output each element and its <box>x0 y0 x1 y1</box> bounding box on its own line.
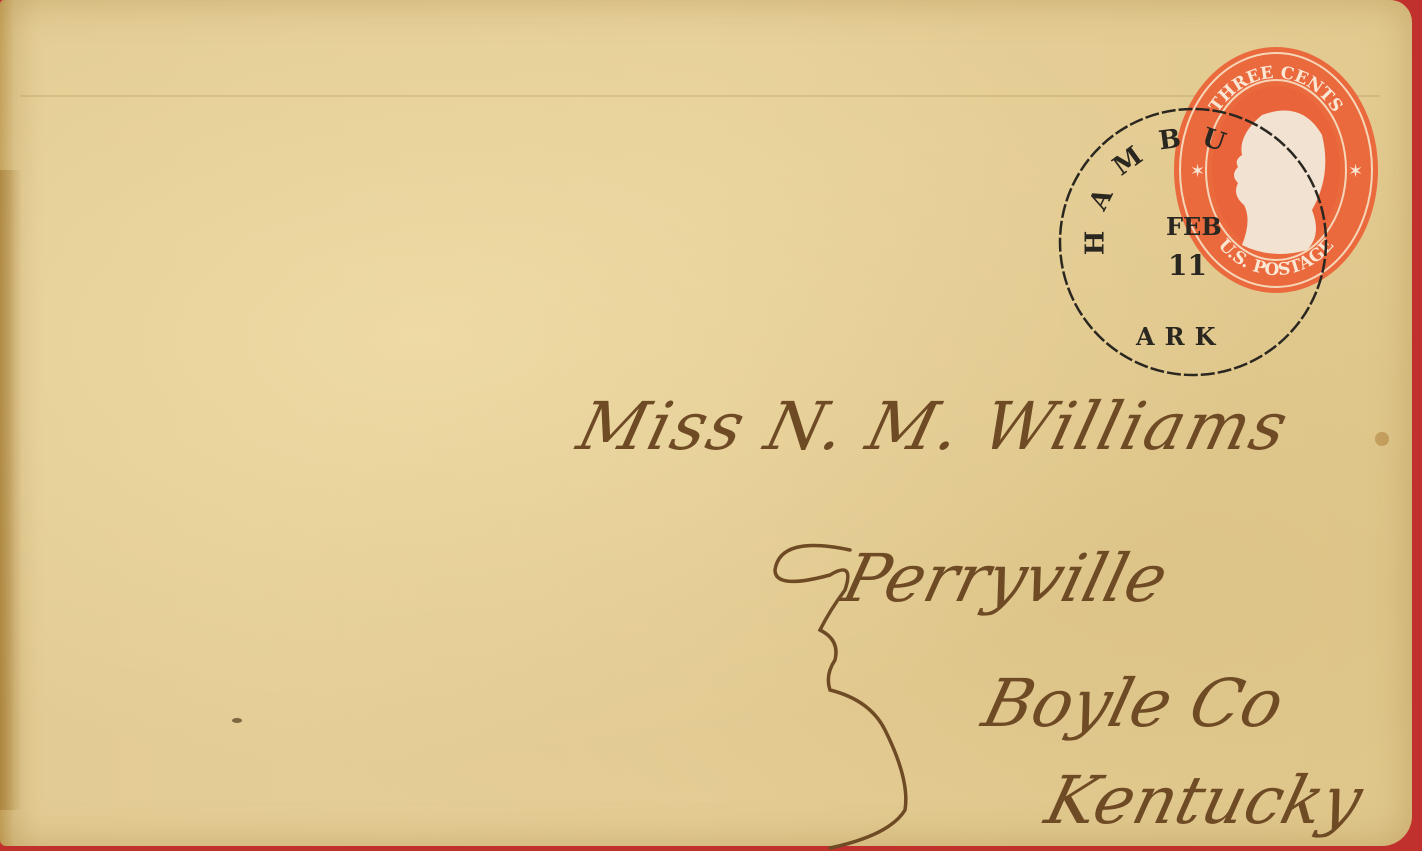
edge-stain <box>0 170 22 810</box>
postmark-month: FEB <box>1166 212 1222 241</box>
postmark-state: ARK <box>1135 322 1225 351</box>
star-icon: ✶ <box>1348 161 1363 182</box>
address-recipient: Miss N. M. Williams <box>570 388 1297 465</box>
envelope: THREE CENTS U.S. POSTAGE ✶ ✶ HAMBURG FEB… <box>0 0 1412 846</box>
ink-spot <box>1375 432 1389 446</box>
postmark-day: 11 <box>1168 249 1207 282</box>
postmark: HAMBURG FEB 11 ARK <box>1056 105 1331 380</box>
bracket-flourish <box>770 530 940 850</box>
address-state: Kentucky <box>1038 762 1370 839</box>
ink-spot <box>232 718 242 723</box>
address-county: Boyle Co <box>975 665 1291 742</box>
